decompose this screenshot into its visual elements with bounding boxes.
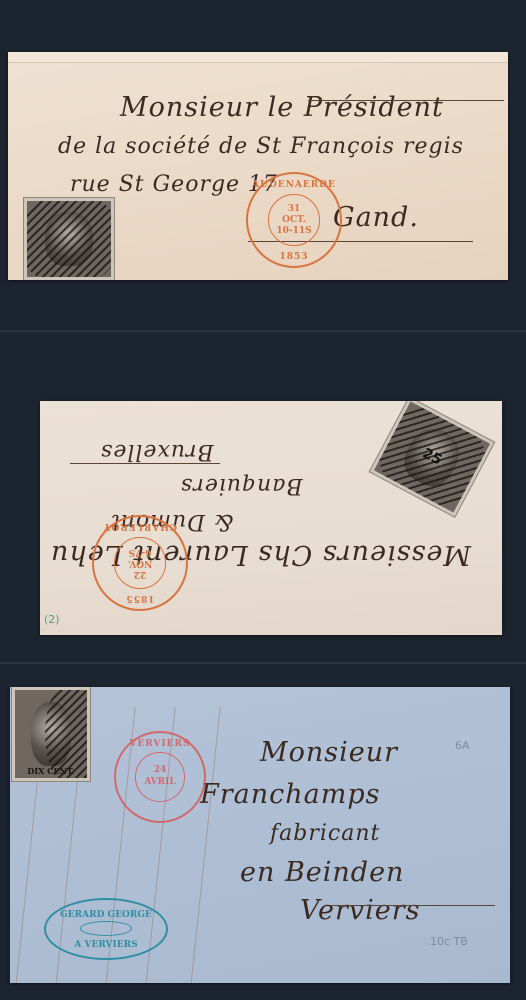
- stamp-leopold-dix-cent: DIX CENT.: [12, 687, 90, 781]
- cachet-gerard-george: GERARD GEORGE A VERVIERS: [44, 898, 168, 960]
- cachet-town: A VERVIERS: [46, 940, 166, 950]
- address-underline: [70, 463, 220, 464]
- cover-fold: [8, 52, 508, 63]
- postmark-town: VERVIERS: [116, 739, 204, 749]
- album-strip-divider: [0, 662, 526, 664]
- postmark-day: 24: [116, 765, 204, 776]
- address-line: rue St George 17: [70, 172, 278, 197]
- address-underline: [308, 100, 504, 101]
- pencil-note: 10c TB: [430, 935, 468, 948]
- postmark-time: 6-7S: [94, 546, 186, 557]
- address-line: de la société de St François regis: [58, 134, 464, 159]
- cover-audenaerde: Monsieur le Président de la société de S…: [8, 52, 508, 280]
- address-line: Franchamps: [200, 779, 380, 810]
- address-line: fabricant: [270, 821, 380, 846]
- postmark-month: OCT.: [248, 215, 340, 226]
- stamp-leopold-10c: [24, 198, 114, 280]
- cancel-bars: [24, 198, 114, 280]
- postmark-day: 22: [94, 568, 186, 579]
- address-underline: [330, 905, 495, 906]
- address-line: Banquiers: [180, 473, 303, 498]
- pencil-note: (2): [44, 613, 60, 626]
- address-city: Gand.: [333, 202, 419, 233]
- postmark-charleroy: CHARLEROY 22 NOV. 6-7S 1855: [92, 515, 188, 611]
- postmark-town: CHARLEROY: [94, 521, 186, 531]
- cachet-name: GERARD GEORGE: [46, 910, 166, 920]
- cachet-inner-oval: [80, 921, 133, 936]
- address-line: en Beinden: [240, 857, 404, 888]
- pencil-note: 6A: [455, 739, 470, 752]
- postmark-day: 31: [248, 204, 340, 215]
- address-line: Monsieur le Président: [120, 92, 444, 123]
- stamp-leopold-10c: 25: [370, 401, 494, 517]
- postmark-year: 1853: [248, 252, 340, 262]
- postmark-audenaerde: AUDENAERDE 31 OCT. 10-11S 1853: [246, 172, 342, 268]
- postmark-year: 1855: [94, 593, 186, 603]
- postmark-month: AVRIL: [116, 777, 204, 788]
- address-city: Verviers: [300, 895, 421, 926]
- postmark-month: NOV.: [94, 557, 186, 568]
- stamp-value-label: DIX CENT.: [15, 766, 87, 776]
- postmark-town: AUDENAERDE: [248, 180, 340, 190]
- postmark-verviers: VERVIERS 24 AVRIL: [114, 731, 206, 823]
- postmark-time: 10-11S: [248, 226, 340, 237]
- address-city: Bruxelles: [100, 439, 214, 464]
- album-strip-divider: [0, 330, 526, 332]
- address-line: Monsieur: [260, 737, 398, 768]
- cover-charleroy: Bruxelles Banquiers & Dumont Messieurs C…: [40, 401, 502, 635]
